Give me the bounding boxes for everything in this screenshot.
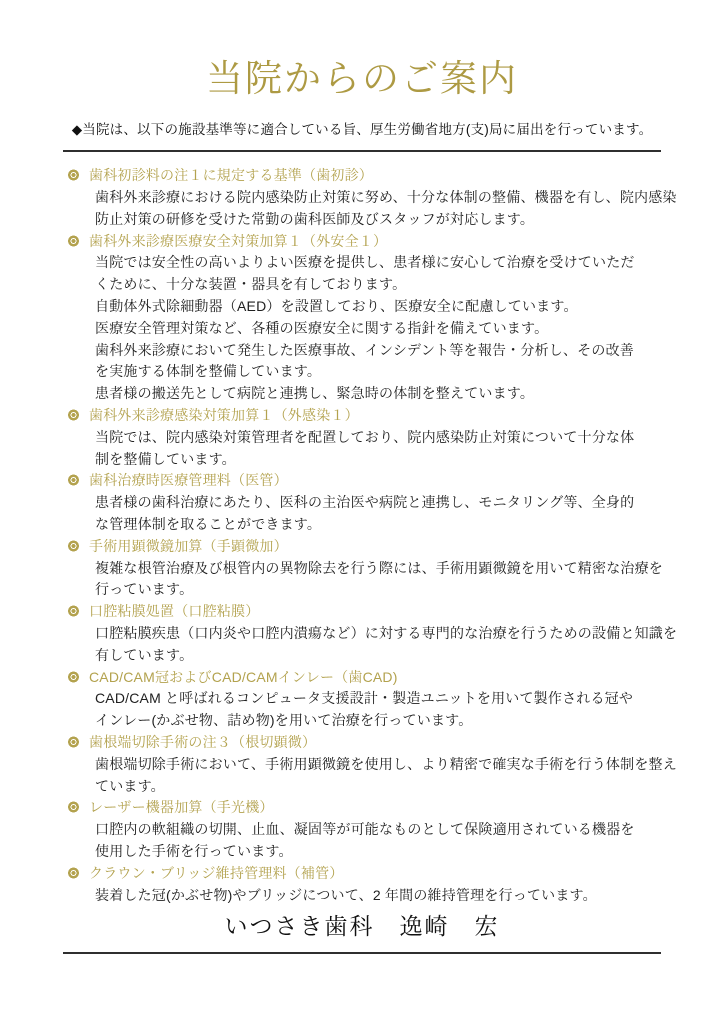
notice-item-heading: クラウン・ブリッジ維持管理料（補管） bbox=[89, 865, 343, 881]
notice-item-head: 歯科初診料の注１に規定する基準（歯初診） bbox=[68, 165, 724, 187]
notice-item-body: CAD/CAM と呼ばれるコンピュータ支援設計・製造ユニットを用いて製作される冠… bbox=[95, 688, 724, 732]
notice-item-head: 歯科治療時医療管理料（医管） bbox=[68, 470, 724, 492]
fisheye-bullet-icon bbox=[68, 606, 79, 617]
notice-item-body: 装着した冠(かぶせ物)やブリッジについて、2 年間の維持管理を行っています。 bbox=[95, 885, 724, 907]
notice-item-body: 口腔粘膜疾患（口内炎や口腔内潰瘍など）に対する専門的な治療を行うための設備と知識… bbox=[95, 623, 724, 667]
notice-item-head: 歯根端切除手術の注３（根切顕微） bbox=[68, 732, 724, 754]
notice-item-heading: 歯科外来診療感染対策加算１（外感染１） bbox=[89, 407, 359, 423]
fisheye-bullet-icon bbox=[68, 475, 79, 486]
fisheye-bullet-icon bbox=[68, 540, 79, 551]
notice-list: 歯科初診料の注１に規定する基準（歯初診） 歯科外来診療における院内感染防止対策に… bbox=[0, 152, 724, 906]
notice-item-head: 歯科外来診療感染対策加算１（外感染１） bbox=[68, 405, 724, 427]
notice-item-body: 当院では、院内感染対策管理者を配置しており、院内感染防止対策について十分な体 制… bbox=[95, 427, 724, 471]
document-page: 当院からのご案内 ◆当院は、以下の施設基準等に適合している旨、厚生労働省地方(支… bbox=[0, 0, 724, 1024]
fisheye-bullet-icon bbox=[68, 170, 79, 181]
notice-item-heading: CAD/CAM冠およびCAD/CAMインレー（歯CAD) bbox=[89, 669, 398, 685]
notice-item-body: 複雑な根管治療及び根管内の異物除去を行う際には、手術用顕微鏡を用いて精密な治療を… bbox=[95, 558, 724, 602]
notice-item: 歯科治療時医療管理料（医管） 患者様の歯科治療にあたり、医科の主治医や病院と連携… bbox=[68, 470, 724, 535]
notice-item-head: 手術用顕微鏡加算（手顕微加） bbox=[68, 536, 724, 558]
fisheye-bullet-icon bbox=[68, 410, 79, 421]
notice-item: 歯科初診料の注１に規定する基準（歯初診） 歯科外来診療における院内感染防止対策に… bbox=[68, 165, 724, 230]
fisheye-bullet-icon bbox=[68, 802, 79, 813]
fisheye-bullet-icon bbox=[68, 736, 79, 747]
notice-item-heading: 歯科外来診療医療安全対策加算１（外安全１） bbox=[89, 233, 387, 249]
clinic-signature: いつさき歯科 逸崎 宏 bbox=[0, 909, 724, 943]
notice-item-body: 歯根端切除手術において、手術用顕微鏡を使用し、より精密で確実な手術を行う体制を整… bbox=[95, 754, 724, 798]
notice-item-head: 歯科外来診療医療安全対策加算１（外安全１） bbox=[68, 231, 724, 253]
notice-item-head: レーザー機器加算（手光機） bbox=[68, 797, 724, 819]
notice-item-head: クラウン・ブリッジ維持管理料（補管） bbox=[68, 863, 724, 885]
notice-item: 歯科外来診療医療安全対策加算１（外安全１） 当院では安全性の高いよりよい医療を提… bbox=[68, 231, 724, 405]
notice-item: 口腔粘膜処置（口腔粘膜） 口腔粘膜疾患（口内炎や口腔内潰瘍など）に対する専門的な… bbox=[68, 601, 724, 666]
notice-item-head: 口腔粘膜処置（口腔粘膜） bbox=[68, 601, 724, 623]
fisheye-bullet-icon bbox=[68, 867, 79, 878]
notice-item-body: 口腔内の軟組織の切開、止血、凝固等が可能なものとして保険適用されている機器を 使… bbox=[95, 819, 724, 863]
notice-item: 手術用顕微鏡加算（手顕微加） 複雑な根管治療及び根管内の異物除去を行う際には、手… bbox=[68, 536, 724, 601]
notice-item-body: 患者様の歯科治療にあたり、医科の主治医や病院と連携し、モニタリング等、全身的 な… bbox=[95, 492, 724, 536]
notice-item: レーザー機器加算（手光機） 口腔内の軟組織の切開、止血、凝固等が可能なものとして… bbox=[68, 797, 724, 862]
notice-item: 歯根端切除手術の注３（根切顕微） 歯根端切除手術において、手術用顕微鏡を使用し、… bbox=[68, 732, 724, 797]
notice-item-body: 歯科外来診療における院内感染防止対策に努め、十分な体制の整備、機器を有し、院内感… bbox=[95, 187, 724, 231]
notice-item: クラウン・ブリッジ維持管理料（補管） 装着した冠(かぶせ物)やブリッジについて、… bbox=[68, 863, 724, 907]
notice-item-heading: レーザー機器加算（手光機） bbox=[89, 799, 274, 815]
notice-item-heading: 口腔粘膜処置（口腔粘膜） bbox=[89, 603, 259, 619]
notice-item-body: 当院では安全性の高いよりよい医療を提供し、患者様に安心して治療を受けていただ く… bbox=[95, 252, 724, 405]
intro-text: ◆当院は、以下の施設基準等に適合している旨、厚生労働省地方(支)局に届出を行って… bbox=[0, 118, 724, 138]
notice-item: CAD/CAM冠およびCAD/CAMインレー（歯CAD) CAD/CAM と呼ば… bbox=[68, 667, 724, 732]
fisheye-bullet-icon bbox=[68, 671, 79, 682]
notice-item-heading: 歯根端切除手術の注３（根切顕微） bbox=[89, 734, 316, 750]
notice-item-heading: 手術用顕微鏡加算（手顕微加） bbox=[89, 538, 288, 554]
bottom-divider bbox=[63, 952, 661, 954]
notice-item: 歯科外来診療感染対策加算１（外感染１） 当院では、院内感染対策管理者を配置してお… bbox=[68, 405, 724, 470]
fisheye-bullet-icon bbox=[68, 235, 79, 246]
page-title: 当院からのご案内 bbox=[0, 0, 724, 102]
notice-item-heading: 歯科治療時医療管理料（医管） bbox=[89, 472, 288, 488]
notice-item-head: CAD/CAM冠およびCAD/CAMインレー（歯CAD) bbox=[68, 667, 724, 689]
notice-item-heading: 歯科初診料の注１に規定する基準（歯初診） bbox=[89, 167, 373, 183]
